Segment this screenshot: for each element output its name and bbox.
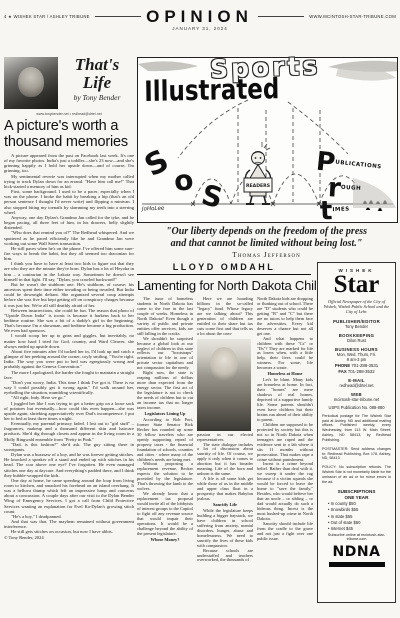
masthead-title: Star — [322, 273, 391, 297]
quote-line1: "Our liberty depends on the freedom of t… — [137, 226, 396, 238]
newspaper-opinion-page: 4 ★ WISHEK STAR / ASHLEY TRIBUNE OPINION… — [0, 0, 400, 618]
article-paragraph: And what happens to children with these … — [257, 337, 313, 372]
quote-attribution: Thomas Jefferson — [137, 250, 396, 259]
article-paragraph: "Dad, is this fashion?" she'd ask. The g… — [4, 442, 134, 452]
issue-date: JANUARY 31, 2024 — [4, 26, 396, 31]
header-rule-right — [258, 16, 304, 17]
article-paragraph: © Tony Bender, 2024 — [4, 535, 134, 540]
article-paragraph: We shouldn't be surprised because a glob… — [137, 337, 193, 372]
fax-label: FAX — [338, 369, 346, 374]
omdahl-column-3: North Dakota kids are dropping or flunki… — [257, 297, 313, 597]
column-title-line2: Life — [60, 74, 134, 92]
policy-notice: POLICY: No subscription refunds. The Wis… — [322, 465, 391, 484]
article-subhead: Whose Money? — [137, 538, 193, 543]
column-title-line1: That's — [60, 56, 134, 74]
usps-number: USPS Publication No. 088-880 — [322, 405, 391, 410]
article-paragraph: According to Rob Port, former State Sena… — [137, 418, 193, 463]
article-paragraph: The state dialogue includes a lot of dis… — [197, 443, 253, 478]
star-icon: ★ — [8, 14, 12, 19]
article-paragraph: A life is all some kids get while those … — [197, 477, 253, 502]
omdahl-article-body: The issue of homeless students in North … — [137, 297, 313, 597]
article-paragraph: Incest is a crime beyond belief. Rather … — [257, 462, 313, 521]
quote-line2: and that cannot be limited without being… — [137, 238, 396, 250]
postmaster-notice: POSTMASTER: Send address changes to: Red… — [322, 447, 391, 461]
svg-text:READERS: READERS — [246, 183, 270, 189]
fax-number: 701-288-3532 — [348, 369, 375, 374]
omdahl-column-2: Here we are hoarding billions in the so-… — [197, 297, 253, 597]
jefferson-quote: "Our liberty depends on the freedom of t… — [137, 226, 396, 259]
periodical-notice: Periodical postage for The Wishek Star p… — [322, 414, 391, 443]
header-website: WWW.MCINTOSH-STAR-TRIBUNE.COM — [309, 14, 396, 19]
phone-line: PHONE 701-288-3531 — [322, 363, 391, 368]
subscriptions-header-line2: ONE YEAR — [322, 495, 391, 501]
publisher-name: Tony Bender — [322, 324, 391, 329]
article-paragraph: About five minutes after I'd tucked her … — [4, 349, 134, 370]
article-paragraph: The issue of homeless students in North … — [137, 297, 193, 337]
article-paragraph: Because schools are understaffed and tea… — [197, 549, 253, 564]
page-header: 4 ★ WISHEK STAR / ASHLEY TRIBUNE OPINION… — [4, 8, 396, 31]
email-address: redhead@drtel.net — [322, 383, 391, 388]
article-paragraph: • Internet $45 — [328, 526, 391, 532]
headline-line2: thousand memories — [4, 134, 134, 150]
masthead-box: WISHEK Star Official Newspaper of the Ci… — [317, 262, 396, 603]
ndna-logo-bar — [329, 562, 385, 567]
section-title: OPINION — [146, 8, 253, 25]
headline-line1: A picture's worth a — [4, 118, 134, 134]
phone-number: 701-288-3531 — [351, 363, 378, 368]
article-paragraph: Right now, the state is reaping millions… — [137, 371, 193, 411]
article-paragraph: Children are supposed to be protected by… — [257, 423, 313, 463]
cartoonist-signature: JoHoLee — [142, 206, 165, 213]
article-paragraph: The more I apologized, the harder she fo… — [4, 370, 134, 380]
bookkeeping-name: Dilon Rust — [322, 338, 391, 343]
tony-bender-photo — [4, 57, 58, 109]
omdahl-headline: Lamenting for North Dakota Children — [137, 278, 313, 293]
article-paragraph: Here we are hoarding billions in the so-… — [197, 297, 253, 337]
article-paragraph: Anyway, one day Dylan's Grandma Jan call… — [4, 215, 134, 230]
author-contact-line: www.tonybender.net • redhead@drtel.net — [4, 112, 134, 116]
article-paragraph: Eventually, my parental primacy faded. I… — [4, 421, 134, 442]
article-paragraph: North Dakota kids are dropping or flunki… — [257, 297, 313, 337]
cartoon-times-text: tIMES — [319, 195, 350, 226]
article-paragraph: Let's be blunt. Many kids are homeless a… — [257, 378, 313, 423]
article-paragraph: I think you have to have at least two ki… — [4, 261, 134, 282]
subscriptions-header: SUBSCRIPTIONS ONE YEAR — [322, 489, 391, 500]
article-paragraph: I juggled her like I was trying to get a… — [4, 401, 134, 422]
article-paragraph: We already know that a replacement tax p… — [137, 492, 193, 537]
article-paragraph: "Don't you worry, India. This time I thi… — [4, 380, 134, 395]
reader-figure: READERS — [244, 142, 272, 204]
article-paragraph: One day at home, he came speeding around… — [4, 478, 134, 514]
subscribe-online-line: Subscribe online at mcintosh-star-tribun… — [322, 533, 391, 541]
omdahl-columnist-name: LLOYD OMDAHL — [137, 262, 311, 275]
cartoon-illustrated-text: Illustrated — [144, 72, 280, 108]
thats-life-headline: A picture's worth a thousand memories — [4, 118, 134, 150]
page-folio: 4 ★ WISHEK STAR / ASHLEY TRIBUNE — [4, 14, 90, 19]
masthead-official-text: Official Newspaper of the City of Wishek… — [322, 299, 391, 315]
article-paragraph: But he wasn't the stubborn one. He's stu… — [4, 282, 134, 308]
omdahl-column-2b: passion in our elected representatives.T… — [197, 433, 253, 564]
article-paragraph: Without proposing a replacement revenue,… — [137, 462, 193, 492]
article-paragraph: First, some background. I used to be a p… — [4, 189, 134, 215]
article-paragraph: Sanctity should include life from the cr… — [257, 522, 313, 542]
article-paragraph: While the legislature keeps building a b… — [197, 509, 253, 549]
article-paragraph: He still paces when he's on the phone. I… — [4, 246, 134, 261]
omdahl-column-1: The issue of homeless students in North … — [137, 297, 193, 597]
article-paragraph: Dylan was a buzzsaw of a boy, and he was… — [4, 452, 134, 478]
omdahl-column-2a: Here we are hoarding billions in the so-… — [197, 297, 253, 337]
article-paragraph: A picture appeared from the past on Face… — [4, 153, 134, 174]
article-paragraph: My sentimental reverie was interrupted w… — [4, 174, 134, 189]
hours-time: 9 am-3 pm — [322, 357, 391, 362]
subscription-rates: • In county $50• Snowbirds $55• In state… — [322, 501, 391, 531]
article-paragraph: "Who does that remind you of?" The Redhe… — [4, 230, 134, 245]
web-address: mcintosh-star-tribune.net — [322, 397, 391, 402]
editorial-cartoon: READERS Sports Illustrated S o S PUBLICA… — [137, 57, 398, 223]
thats-life-article-body: A picture appeared from the past on Face… — [4, 153, 134, 613]
phone-label: PHONE — [335, 363, 350, 368]
article-paragraph: And that was that. The mayhem remained w… — [4, 519, 134, 529]
fax-line: FAX 701-288-3532 — [322, 369, 391, 374]
column-byline: by Tony Bender — [60, 93, 134, 102]
article-paragraph: Between insurrections, she could be fun.… — [4, 308, 134, 334]
ndna-logo: NDNA — [333, 546, 381, 559]
lloyd-omdahl-photo — [197, 339, 251, 431]
column-title: That's Life by Tony Bender — [60, 56, 134, 102]
article-paragraph: I would scoop her up to grins and giggle… — [4, 333, 134, 348]
header-rule-left — [95, 16, 141, 17]
